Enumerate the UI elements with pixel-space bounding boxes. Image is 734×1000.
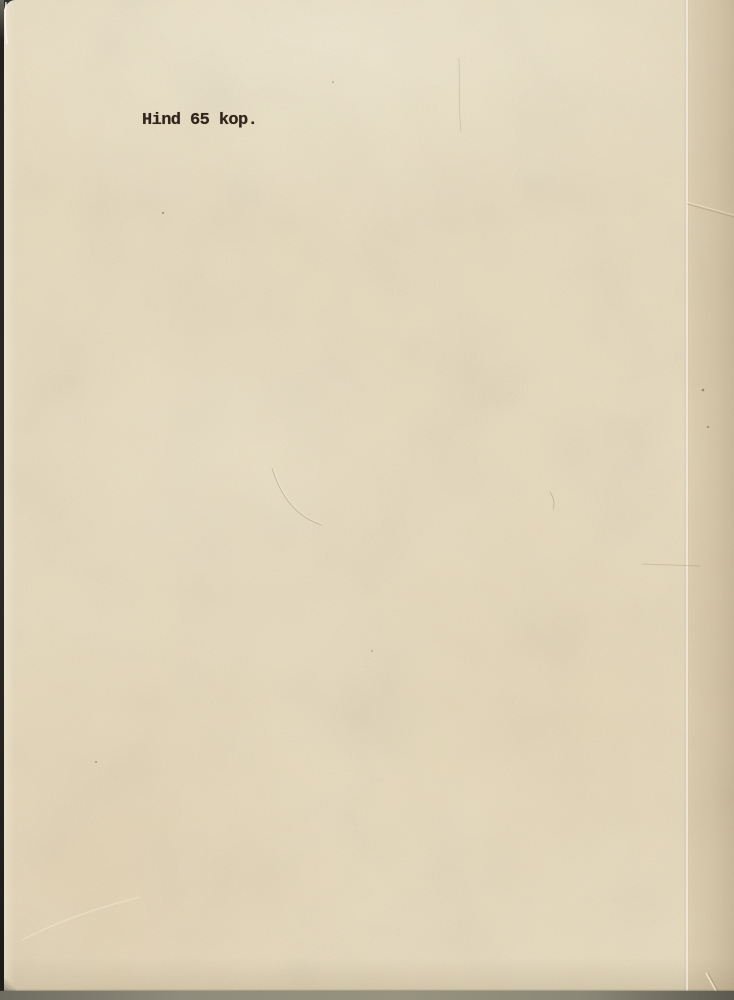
scan-bottom-edge [0, 991, 734, 1000]
scanned-page: Hind 65 kop. [0, 0, 734, 1000]
book-back-cover: Hind 65 kop. [3, 0, 734, 992]
price-text: Hind 65 kop. [142, 111, 257, 130]
paper-grain-layer [3, 0, 734, 992]
scan-left-edge [0, 0, 4, 1000]
cover-flap-shading [690, 0, 734, 992]
paper-texture [3, 0, 734, 992]
